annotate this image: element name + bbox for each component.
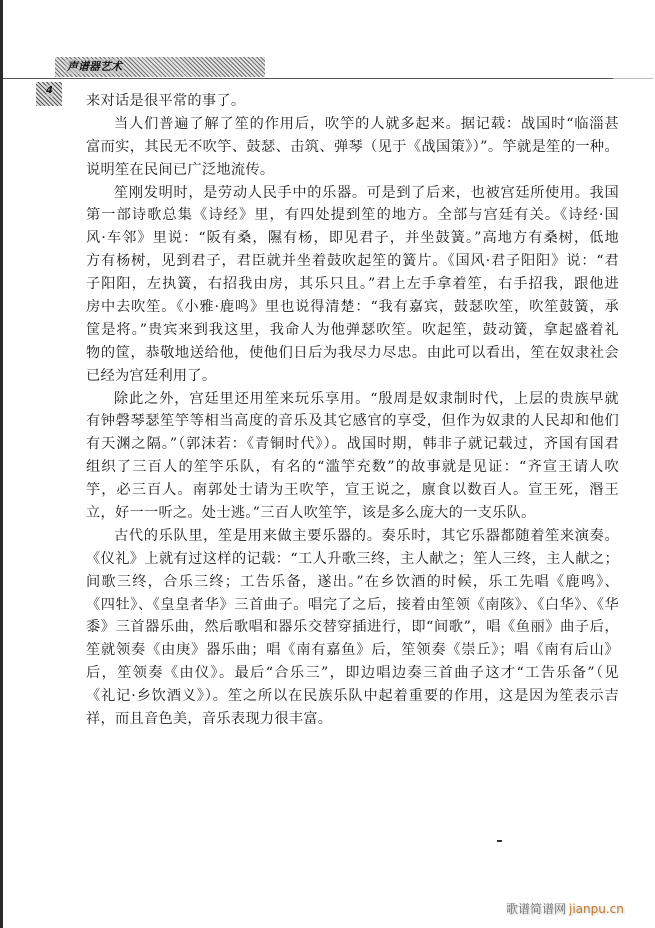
text-line: 房中去吹笙。《小雅·鹿鸣》里也说得清楚：“我有嘉宾，鼓瑟吹笙，吹笙鼓簧，承: [86, 296, 619, 319]
text-line: 物的筐，恭敬地送给他，使他们日后为我尽力尽忠。由此可以看出，笙在奴隶社会: [86, 342, 619, 365]
header-rule-faint: [613, 78, 653, 79]
text-line: 子阳阳，左执簧，右招我由房，其乐只且。”君上左手拿着笙，右手招我，跟他进: [86, 273, 619, 296]
header-rule: [3, 78, 613, 79]
text-line: 立，好一一听之。处士逃。”三百人吹笙竽，该是多么庞大的一支乐队。: [86, 502, 619, 525]
text-line: 后，笙领奏《由仪》。最后“合乐三”，即边唱边奏三首曲子这才“工告乐备”（见: [86, 662, 619, 685]
text-line: 笙刚发明时，是劳动人民手中的乐器。可是到了后来，也被宫廷所使用。我国: [86, 182, 619, 205]
page-edge: [0, 0, 3, 928]
text-line: 笙就领奏《由庚》器乐曲；唱《南有嘉鱼》后，笙领奏《崇丘》；唱《南有后山》: [86, 639, 619, 662]
page-number: 4: [46, 85, 53, 97]
text-line: 《礼记·乡饮酒义》）。笙之所以在民族乐队中起着重要的作用，这是因为笙表示吉: [86, 685, 619, 708]
text-line: 筐是将。”贵宾来到我这里，我命人为他弹瑟吹笙。吹起笙，鼓动簧，拿起盛着礼: [86, 319, 619, 342]
text-line: 间歌三终，合乐三终；工告乐备，遂出。”在乡饮酒的时候，乐工先唱《鹿鸣》、: [86, 571, 619, 594]
text-line: 有钟磬琴瑟笙竽等相当高度的音乐及其它感官的享受，但作为奴隶的人民却和他们: [86, 410, 619, 433]
body-text: 来对话是很平常的事了。当人们普遍了解了笙的作用后，吹竽的人就多起来。据记载：战国…: [86, 90, 619, 731]
text-line: 方有杨树，见到君子，君臣就并坐着鼓吹起笙的簧片。《国风·君子阳阳》说：“君: [86, 250, 619, 273]
text-line: 组织了三百人的笙竽乐队，有名的“滥竽充数”的故事就是见证：“齐宣王请人吹: [86, 456, 619, 479]
watermark-site-name: 歌谱简谱网: [506, 902, 566, 916]
text-line: 来对话是很平常的事了。: [86, 90, 619, 113]
text-line: 《四牡》、《皇皇者华》三首曲子。唱完了之后，接着由笙领《南陔》、《白华》、《华: [86, 594, 619, 617]
text-line: 除此之外，宫廷里还用笙来玩乐享用。“殷周是奴隶制时代，上层的贵族早就: [86, 388, 619, 411]
watermark-url: jianpu.cn: [569, 902, 624, 916]
text-line: 祥，而且音色美，音乐表现力很丰富。: [86, 708, 619, 731]
running-header-title: 声谱器艺术: [65, 59, 124, 74]
text-line: 风·车邻》里说：“阪有桑，隰有杨，即见君子，并坐鼓簧。”高地方有桑树，低地: [86, 227, 619, 250]
text-line: 第一部诗歌总集《诗经》里，有四处提到笙的地方。全部与宫廷有关。《诗经·国: [86, 204, 619, 227]
text-line: 黍》三首器乐曲，然后歌唱和器乐交替穿插进行，即“间歌”，唱《鱼丽》曲子后，: [86, 616, 619, 639]
text-line: 已经为宫廷利用了。: [86, 365, 619, 388]
text-line: 古代的乐队里，笙是用来做主要乐器的。奏乐时，其它乐器都随着笙来演奏。: [86, 525, 619, 548]
text-line: 《仪礼》上就有过这样的记载：“工人升歌三终，主人献之；笙人三终，主人献之；: [86, 548, 619, 571]
text-line: 富而实，其民无不吹竽、鼓瑟、击筑、弹琴（见于《战国策》）”。竽就是笙的一种。: [86, 136, 619, 159]
text-line: 说明笙在民间已广泛地流传。: [86, 159, 619, 182]
watermark: 歌谱简谱网jianpu.cn: [506, 900, 624, 917]
scan-mark: [497, 840, 502, 842]
text-line: 有天渊之隔。”（郭沫若：《青铜时代》）。战国时期，韩非子就记载过，齐国有国君: [86, 433, 619, 456]
text-line: 竽，必三百人。南郭处士请为王吹竽，宣王说之，廪食以数百人。宣王死，湣王: [86, 479, 619, 502]
text-line: 当人们普遍了解了笙的作用后，吹竽的人就多起来。据记载：战国时“临淄甚: [86, 113, 619, 136]
